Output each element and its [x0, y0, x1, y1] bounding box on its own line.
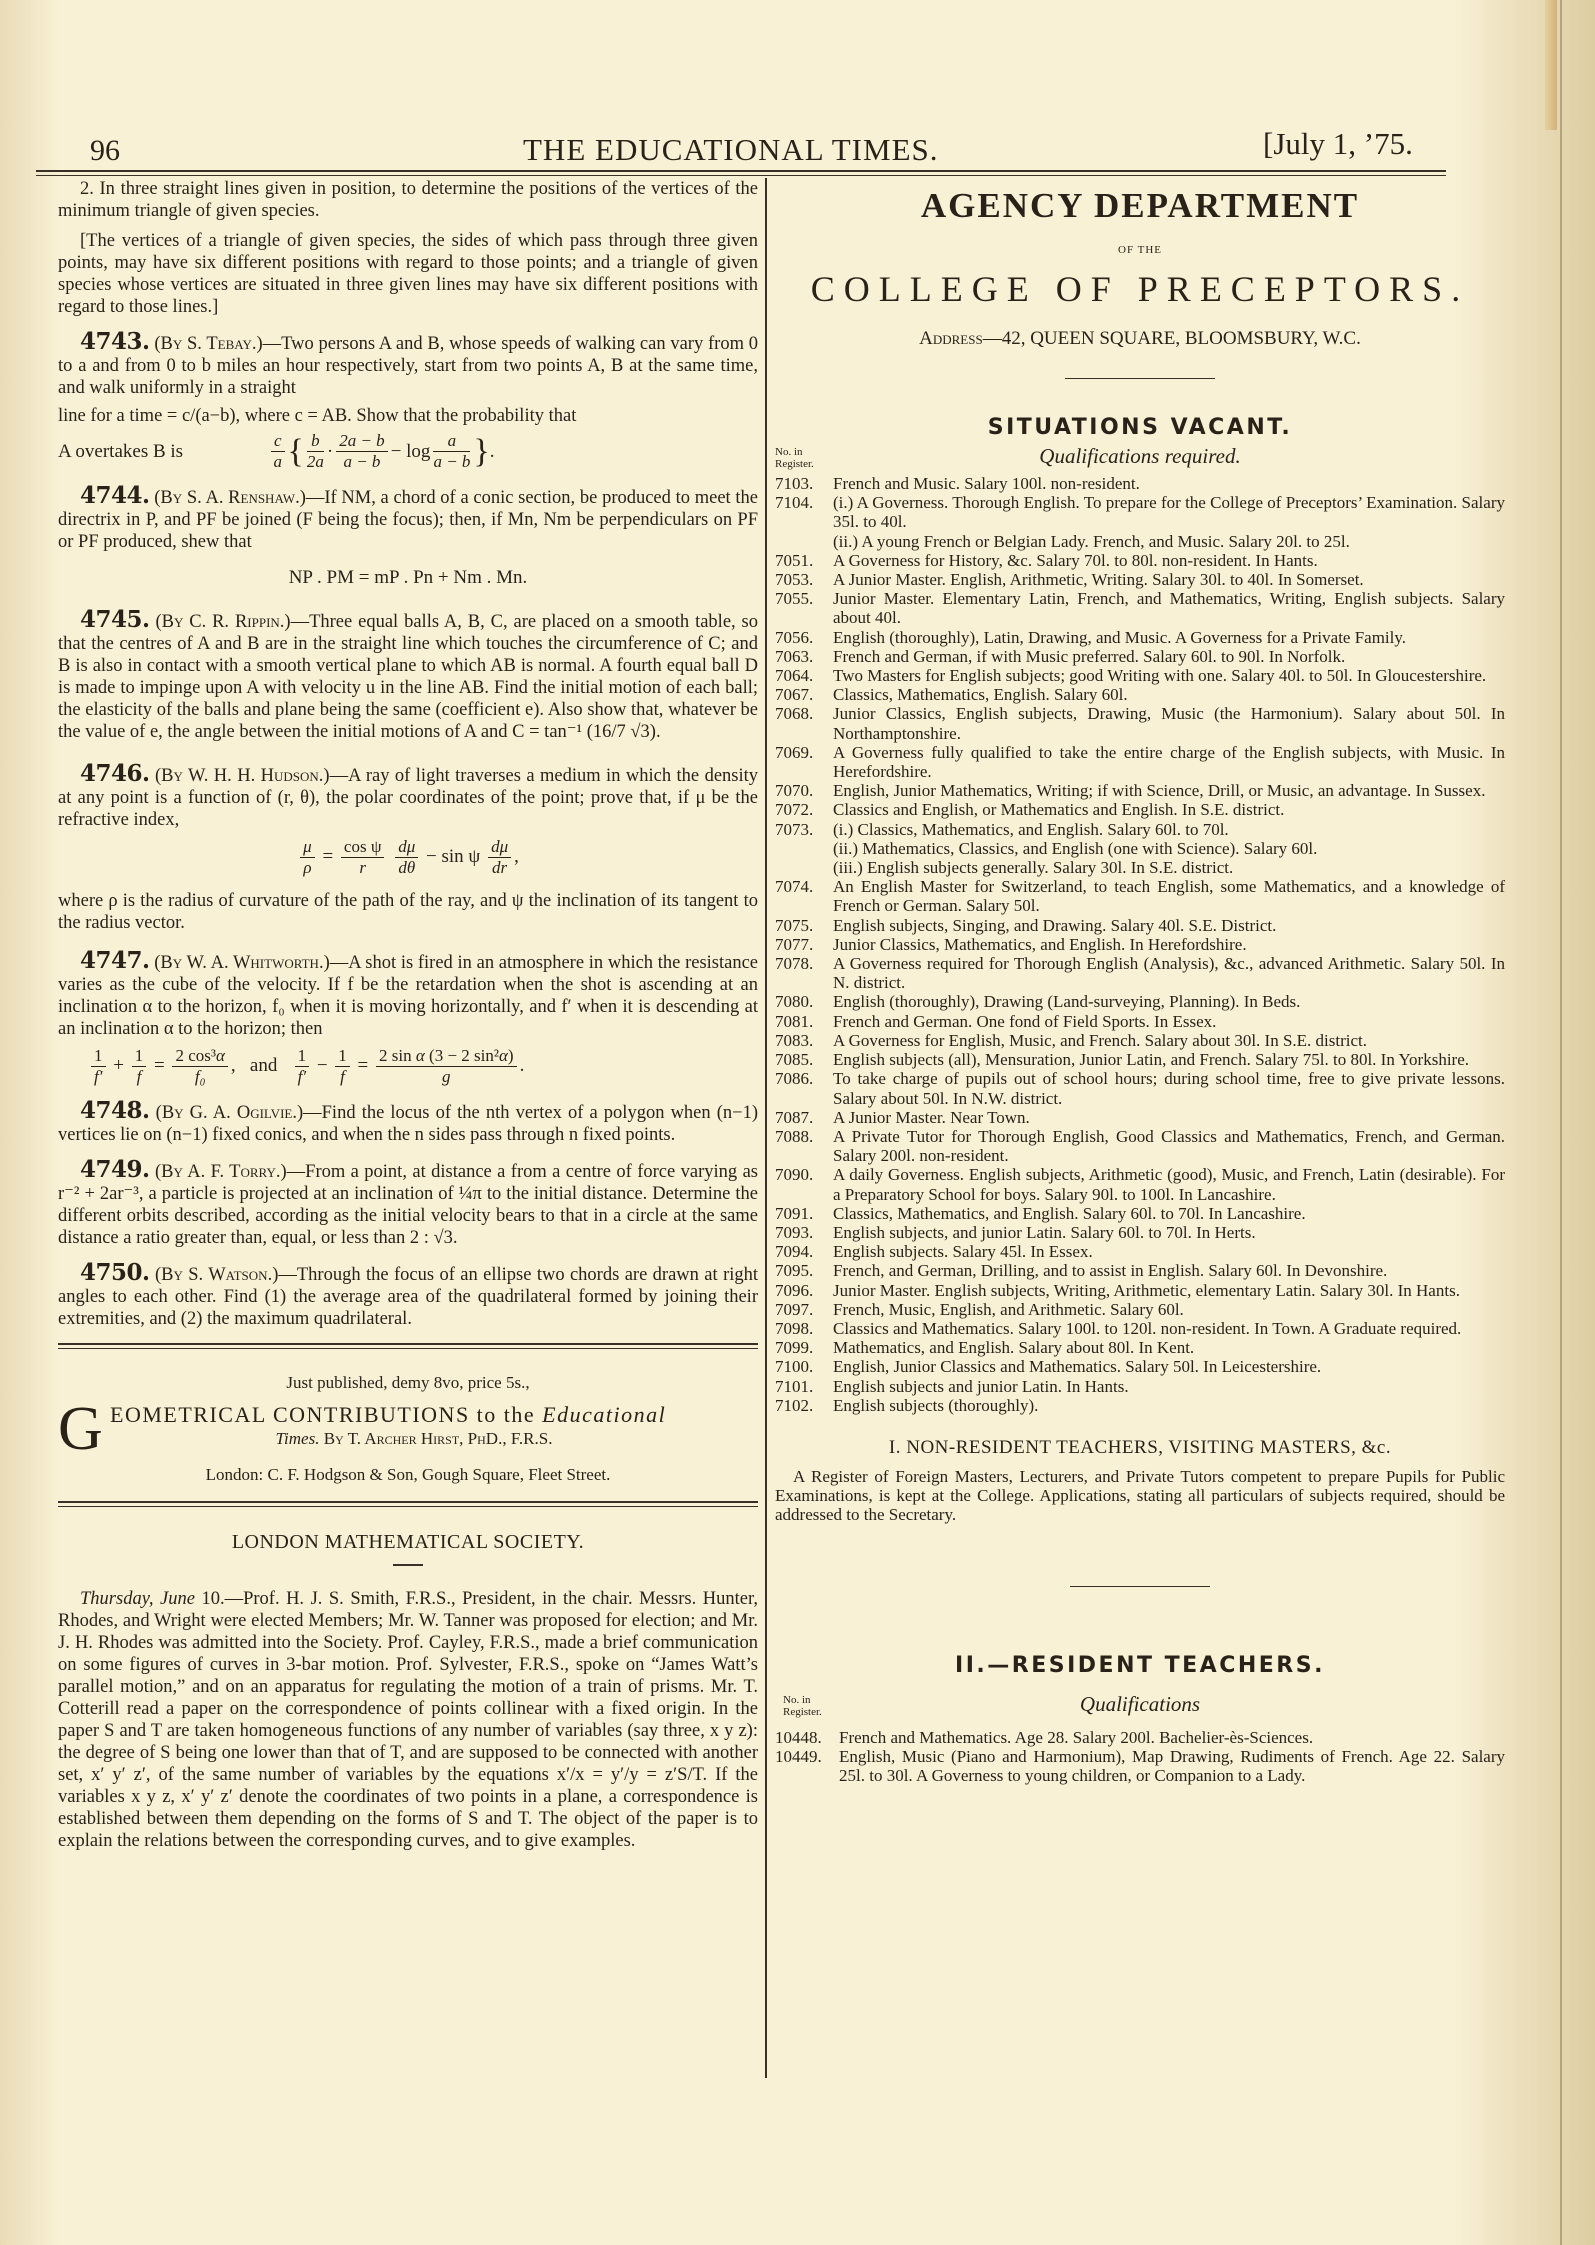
address: Address—42, QUEEN SQUARE, BLOOMSBURY, W.…: [775, 328, 1505, 350]
register-label: No. in Register.: [775, 446, 814, 470]
register-number: 7098.: [775, 1319, 833, 1338]
listing-text: A Governess required for Thorough Englis…: [833, 954, 1505, 992]
question-number: 4744.: [80, 482, 150, 509]
lms-report: LONDON MATHEMATICAL SOCIETY. Thursday, J…: [58, 1531, 758, 1852]
listing-text: French and Music. Salary 100l. non-resid…: [833, 474, 1505, 493]
advert-author: By T. Archer Hirst, PhD., F.R.S.: [324, 1429, 553, 1448]
qualifications-heading: Qualifications: [775, 1692, 1505, 1717]
register-number: 7091.: [775, 1204, 833, 1223]
non-resident-text: A Register of Foreign Masters, Lecturers…: [775, 1467, 1505, 1524]
listing-text: French and German, if with Music preferr…: [833, 647, 1505, 666]
register-number: 7056.: [775, 628, 833, 647]
register-number: 7074.: [775, 877, 833, 915]
resident-list: 10448.French and Mathematics. Age 28. Sa…: [775, 1728, 1505, 1786]
listing-item: 7088.A Private Tutor for Thorough Englis…: [775, 1127, 1505, 1165]
question-author: (By S. Watson.): [155, 1265, 278, 1285]
page-number: 96: [90, 134, 120, 168]
listing-text: English subjects, Singing, and Drawing. …: [833, 916, 1505, 935]
question-number: 4745.: [80, 606, 150, 633]
register-number: 7053.: [775, 570, 833, 589]
question-number: 4750.: [80, 1259, 150, 1286]
running-head: 96 THE EDUCATIONAL TIMES. [July 1, ’75.: [58, 122, 1448, 168]
listing-item: 10448.French and Mathematics. Age 28. Sa…: [775, 1728, 1505, 1747]
listing-item: 7083.A Governess for English, Music, and…: [775, 1031, 1505, 1050]
register-number: 7100.: [775, 1357, 833, 1376]
register-number: 7090.: [775, 1165, 833, 1203]
question-4743: 4743. (By S. Tebay.)—Two persons A and B…: [58, 331, 758, 472]
register-number: 7064.: [775, 666, 833, 685]
question-number: 4748.: [80, 1097, 150, 1124]
listing-text: English, Music (Piano and Harmonium), Ma…: [839, 1747, 1505, 1785]
issue-date: [July 1, ’75.: [1263, 126, 1413, 162]
question-4744: 4744. (By S. A. Renshaw.)—If NM, a chord…: [58, 485, 758, 589]
listing-text: Junior Master. English subjects, Writing…: [833, 1281, 1505, 1300]
register-number: 7051.: [775, 551, 833, 570]
listing-item: 7081.French and German. One fond of Fiel…: [775, 1012, 1505, 1031]
book-advert: Just published, demy 8vo, price 5s., G E…: [58, 1373, 758, 1485]
question-4746: 4746. (By W. H. H. Hudson.)—A ray of lig…: [58, 763, 758, 934]
listing-text: An English Master for Switzerland, to te…: [833, 877, 1505, 915]
lms-text: —Prof. H. J. S. Smith, F.R.S., President…: [58, 1589, 758, 1851]
listing-text: (i.) A Governess. Thorough English. To p…: [833, 493, 1505, 551]
listing-item: 7104.(i.) A Governess. Thorough English.…: [775, 493, 1505, 551]
right-column: AGENCY DEPARTMENT OF THE COLLEGE OF PREC…: [775, 176, 1505, 1786]
listing-item: 7068.Junior Classics, English subjects, …: [775, 704, 1505, 742]
register-number: 7067.: [775, 685, 833, 704]
advert-price-line: Just published, demy 8vo, price 5s.,: [58, 1373, 758, 1393]
lms-title: LONDON MATHEMATICAL SOCIETY.: [58, 1531, 758, 1554]
listing-item: 7100.English, Junior Classics and Mathem…: [775, 1357, 1505, 1376]
register-number: 7103.: [775, 474, 833, 493]
listing-item: 7099.Mathematics, and English. Salary ab…: [775, 1338, 1505, 1357]
listing-text: English subjects, and junior Latin. Sala…: [833, 1223, 1505, 1242]
listing-item: 7072.Classics and English, or Mathematic…: [775, 800, 1505, 819]
intro-note: [The vertices of a triangle of given spe…: [58, 230, 758, 318]
listing-item: 7086.To take charge of pupils out of sch…: [775, 1069, 1505, 1107]
mid-rule: [1070, 1586, 1210, 1587]
question-author: (By S. Tebay.): [154, 334, 262, 354]
listing-text: French and Mathematics. Age 28. Salary 2…: [839, 1728, 1505, 1747]
listing-text: English (thoroughly), Latin, Drawing, an…: [833, 628, 1505, 647]
register-number: 7070.: [775, 781, 833, 800]
question-number: 4749.: [80, 1156, 150, 1183]
intro-item: 2. In three straight lines given in posi…: [58, 178, 758, 222]
left-column: 2. In three straight lines given in posi…: [58, 176, 758, 1852]
listing-item: 7094.English subjects. Salary 45l. In Es…: [775, 1242, 1505, 1261]
register-number: 7088.: [775, 1127, 833, 1165]
listing-text: Junior Master. Elementary Latin, French,…: [833, 589, 1505, 627]
register-number: 7078.: [775, 954, 833, 992]
listing-text: English, Junior Mathematics, Writing; if…: [833, 781, 1505, 800]
question-number: 4746.: [80, 760, 150, 787]
listing-text: Classics, Mathematics, English. Salary 6…: [833, 685, 1505, 704]
situations-title: SITUATIONS VACANT.: [775, 415, 1505, 440]
register-number: 7104.: [775, 493, 833, 551]
listing-item: 7067.Classics, Mathematics, English. Sal…: [775, 685, 1505, 704]
listing-text: To take charge of pupils out of school h…: [833, 1069, 1505, 1107]
listing-item: 7095.French, and German, Drilling, and t…: [775, 1261, 1505, 1280]
question-4748: 4748. (By G. A. Ogilvie.)—Find the locus…: [58, 1100, 758, 1146]
register-number: 7093.: [775, 1223, 833, 1242]
listing-item: 7085.English subjects (all), Mensuration…: [775, 1050, 1505, 1069]
listing-text: A Junior Master. Near Town.: [833, 1108, 1505, 1127]
listing-item: 7074.An English Master for Switzerland, …: [775, 877, 1505, 915]
listing-item: 7096.Junior Master. English subjects, Wr…: [775, 1281, 1505, 1300]
formula: 1f′ + 1f = 2 cos³αf₀, and 1f′ − 1f = 2 s…: [58, 1046, 758, 1087]
formula: μρ = cos ψr dμdθ − sin ψ dμdr,: [58, 837, 758, 878]
register-number: 7081.: [775, 1012, 833, 1031]
question-number: 4747.: [80, 947, 150, 974]
listing-text: French and German. One fond of Field Spo…: [833, 1012, 1505, 1031]
non-resident-title: I. NON-RESIDENT TEACHERS, VISITING MASTE…: [775, 1437, 1505, 1459]
register-number: 7087.: [775, 1108, 833, 1127]
listing-text: A Governess fully qualified to take the …: [833, 743, 1505, 781]
listing-item: 7091.Classics, Mathematics, and English.…: [775, 1204, 1505, 1223]
listing-item: 7101.English subjects and junior Latin. …: [775, 1377, 1505, 1396]
question-author: (By S. A. Renshaw.): [154, 488, 306, 508]
short-rule: [393, 1564, 423, 1566]
question-author: (By W. A. Whitworth.): [154, 953, 329, 973]
listing-text: Mathematics, and English. Salary about 8…: [833, 1338, 1505, 1357]
register-number: 7085.: [775, 1050, 833, 1069]
register-number: 10449.: [775, 1747, 839, 1785]
listing-text: Classics, Mathematics, and English. Sala…: [833, 1204, 1505, 1223]
listing-text: A Governess for History, &c. Salary 70l.…: [833, 551, 1505, 570]
column-divider: [765, 178, 767, 2078]
listing-text: Classics and English, or Mathematics and…: [833, 800, 1505, 819]
column-headings: No. in Register. Qualifications required…: [775, 444, 1505, 474]
listing-item: 7063.French and German, if with Music pr…: [775, 647, 1505, 666]
question-author: (By G. A. Ogilvie.): [156, 1103, 303, 1123]
listing-text: English, Junior Classics and Mathematics…: [833, 1357, 1505, 1376]
register-number: 7101.: [775, 1377, 833, 1396]
listing-item: 7090.A daily Governess. English subjects…: [775, 1165, 1505, 1203]
listing-item: 7055.Junior Master. Elementary Latin, Fr…: [775, 589, 1505, 627]
listing-item: 7093.English subjects, and junior Latin.…: [775, 1223, 1505, 1242]
mid-rule: [1065, 378, 1215, 379]
listing-item: 7087.A Junior Master. Near Town.: [775, 1108, 1505, 1127]
register-number: 7069.: [775, 743, 833, 781]
listing-item: 7080.English (thoroughly), Drawing (Land…: [775, 992, 1505, 1011]
register-number: 7080.: [775, 992, 833, 1011]
listing-text: English subjects (all), Mensuration, Jun…: [833, 1050, 1505, 1069]
of-the: OF THE: [775, 244, 1505, 256]
listing-item: 7102.English subjects (thoroughly).: [775, 1396, 1505, 1415]
question-4750: 4750. (By S. Watson.)—Through the focus …: [58, 1262, 758, 1330]
listing-item: 7077.Junior Classics, Mathematics, and E…: [775, 935, 1505, 954]
question-author: (By C. R. Rippin.): [155, 612, 290, 632]
register-number: 7102.: [775, 1396, 833, 1415]
listing-text: Classics and Mathematics. Salary 100l. t…: [833, 1319, 1505, 1338]
register-number: 7097.: [775, 1300, 833, 1319]
formula-label: A overtakes B is: [58, 441, 268, 463]
page-edge: [1560, 0, 1562, 2245]
column-headings: No. in Register. Qualifications: [775, 1692, 1505, 1722]
question-text-continued: line for a time = c/(a−b), where c = AB.…: [58, 405, 758, 427]
listing-text: English subjects (thoroughly).: [833, 1396, 1505, 1415]
qualifications-heading: Qualifications required.: [775, 444, 1505, 469]
listing-item: 10449.English, Music (Piano and Harmoniu…: [775, 1747, 1505, 1785]
register-number: 7086.: [775, 1069, 833, 1107]
question-text-after: where ρ is the radius of curvature of th…: [58, 890, 758, 934]
listing-text: Two Masters for English subjects; good W…: [833, 666, 1505, 685]
register-number: 7077.: [775, 935, 833, 954]
drop-cap: G: [58, 1401, 104, 1457]
listing-text: French, and German, Drilling, and to ass…: [833, 1261, 1505, 1280]
question-author: (By A. F. Torry.): [155, 1162, 287, 1182]
listing-item: 7075.English subjects, Singing, and Draw…: [775, 916, 1505, 935]
page-edge-fold: [1545, 0, 1557, 130]
register-number: 7055.: [775, 589, 833, 627]
listing-item: 7073.(i.) Classics, Mathematics, and Eng…: [775, 820, 1505, 878]
journal-title: THE EDUCATIONAL TIMES.: [523, 132, 939, 168]
section-rule: [58, 1343, 758, 1349]
resident-title: II.—RESIDENT TEACHERS.: [775, 1653, 1505, 1678]
question-4745: 4745. (By C. R. Rippin.)—Three equal bal…: [58, 609, 758, 743]
listing-text: A daily Governess. English subjects, Ari…: [833, 1165, 1505, 1203]
listing-text: A Junior Master. English, Arithmetic, Wr…: [833, 570, 1505, 589]
register-number: 7072.: [775, 800, 833, 819]
lms-dateline: Thursday, June: [80, 1589, 195, 1609]
situations-list: 7103.French and Music. Salary 100l. non-…: [775, 474, 1505, 1415]
formula: NP . PM = mP . Pn + Nm . Mn.: [58, 567, 758, 589]
listing-text: French, Music, English, and Arithmetic. …: [833, 1300, 1505, 1319]
question-4747: 4747. (By W. A. Whitworth.)—A shot is fi…: [58, 950, 758, 1087]
section-rule: [58, 1501, 758, 1507]
listing-text: English (thoroughly), Drawing (Land-surv…: [833, 992, 1505, 1011]
listing-item: 7070.English, Junior Mathematics, Writin…: [775, 781, 1505, 800]
listing-text: A Governess for English, Music, and Fren…: [833, 1031, 1505, 1050]
register-number: 7073.: [775, 820, 833, 878]
listing-item: 7069.A Governess fully qualified to take…: [775, 743, 1505, 781]
listing-item: 7053.A Junior Master. English, Arithmeti…: [775, 570, 1505, 589]
advert-publisher: London: C. F. Hodgson & Son, Gough Squar…: [58, 1465, 758, 1485]
formula: A overtakes B is ca { b2a · 2a − ba − b …: [58, 431, 758, 472]
listing-item: 7056.English (thoroughly), Latin, Drawin…: [775, 628, 1505, 647]
college-name: COLLEGE OF PRECEPTORS.: [775, 268, 1505, 310]
agency-title: AGENCY DEPARTMENT: [775, 186, 1505, 226]
listing-item: 7064.Two Masters for English subjects; g…: [775, 666, 1505, 685]
question-number: 4743.: [80, 328, 150, 355]
listing-text: (i.) Classics, Mathematics, and English.…: [833, 820, 1505, 878]
register-number: 7063.: [775, 647, 833, 666]
listing-item: 7103.French and Music. Salary 100l. non-…: [775, 474, 1505, 493]
register-number: 7075.: [775, 916, 833, 935]
listing-text: English subjects. Salary 45l. In Essex.: [833, 1242, 1505, 1261]
question-4749: 4749. (By A. F. Torry.)—From a point, at…: [58, 1159, 758, 1249]
register-number: 7096.: [775, 1281, 833, 1300]
listing-item: 7097.French, Music, English, and Arithme…: [775, 1300, 1505, 1319]
listing-text: Junior Classics, English subjects, Drawi…: [833, 704, 1505, 742]
listing-item: 7078.A Governess required for Thorough E…: [775, 954, 1505, 992]
listing-text: Junior Classics, Mathematics, and Englis…: [833, 935, 1505, 954]
advert-title: G EOMETRICAL CONTRIBUTIONS to the Educat…: [58, 1403, 758, 1451]
listing-item: 7098.Classics and Mathematics. Salary 10…: [775, 1319, 1505, 1338]
question-author: (By W. H. H. Hudson.): [155, 766, 330, 786]
register-number: 7083.: [775, 1031, 833, 1050]
register-number: 7099.: [775, 1338, 833, 1357]
register-number: 7068.: [775, 704, 833, 742]
register-number: 10448.: [775, 1728, 839, 1747]
listing-item: 7051.A Governess for History, &c. Salary…: [775, 551, 1505, 570]
register-number: 7094.: [775, 1242, 833, 1261]
listing-text: English subjects and junior Latin. In Ha…: [833, 1377, 1505, 1396]
listing-text: A Private Tutor for Thorough English, Go…: [833, 1127, 1505, 1165]
register-label: No. in Register.: [783, 1694, 822, 1718]
register-number: 7095.: [775, 1261, 833, 1280]
